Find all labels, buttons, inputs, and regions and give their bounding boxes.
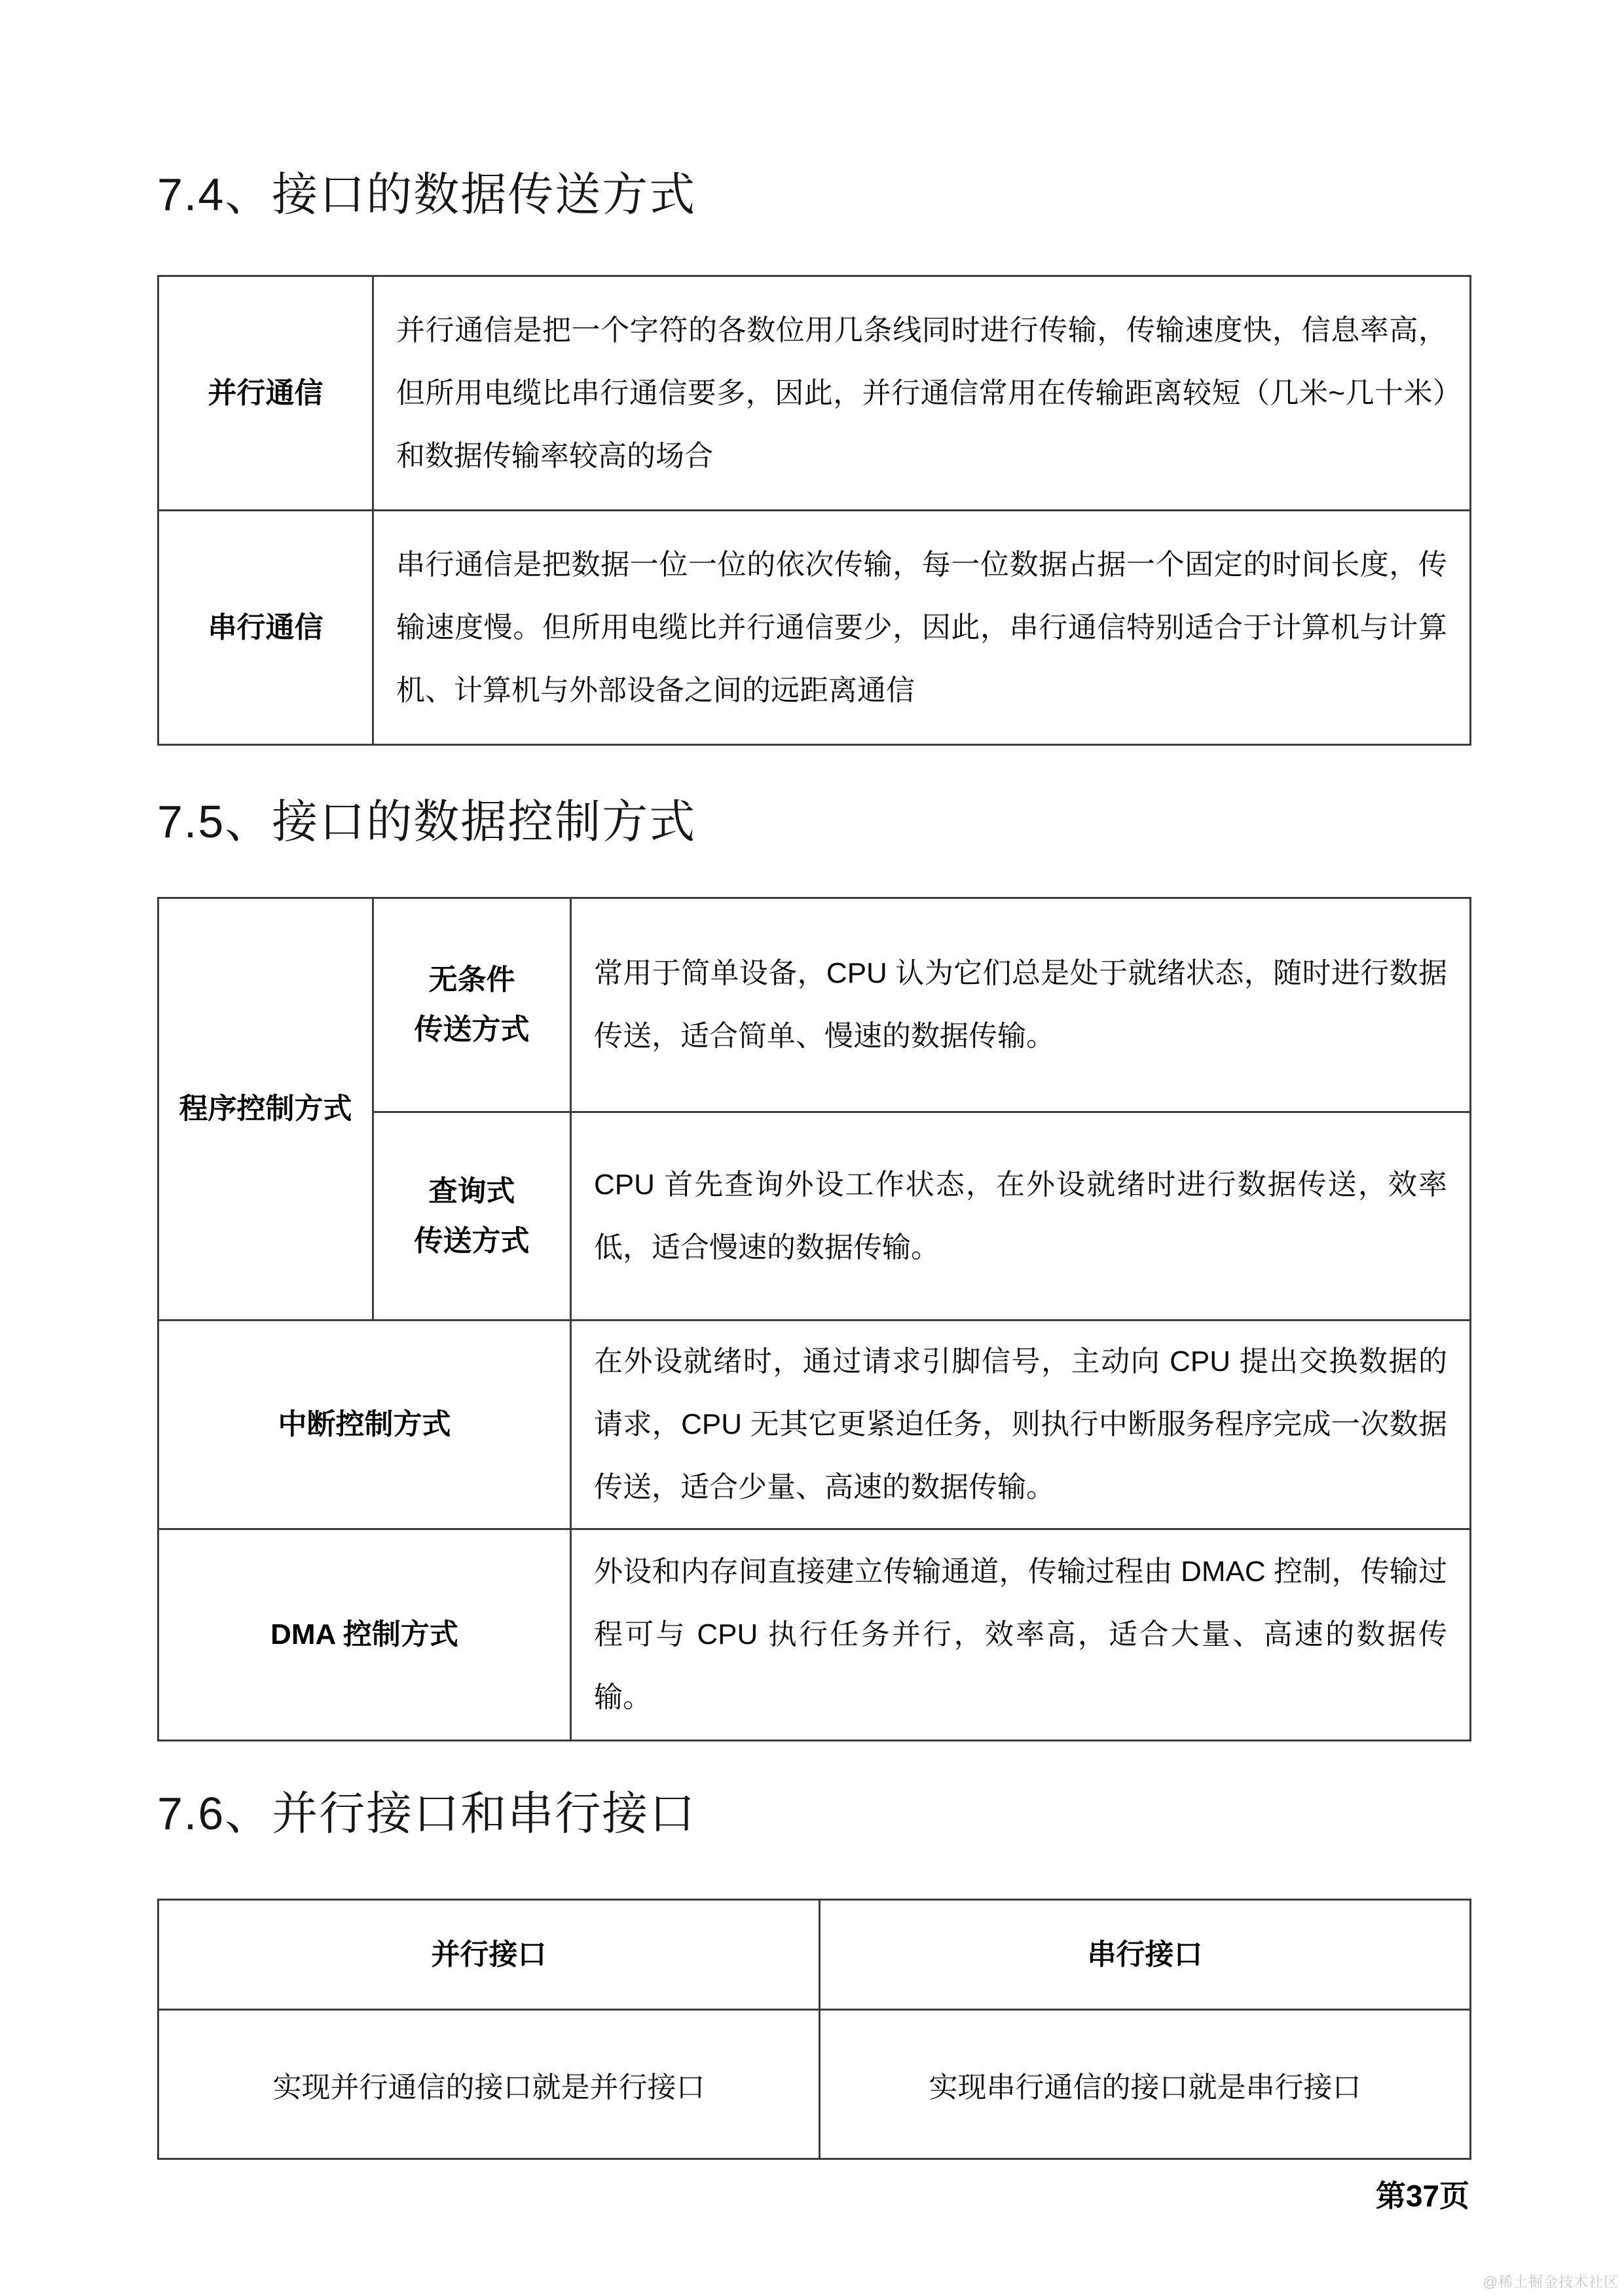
section-7-6-heading: 7.6、并行接口和串行接口 [157,1791,1469,1836]
query-transfer-desc: CPU 首先查询外设工作状态，在外设就绪时进行数据传送，效率低，适合慢速的数据传… [571,1112,1471,1321]
table-header-row: 并行接口 串行接口 [158,1900,1471,2010]
table-row-unconditional-transfer: 程序控制方式 无条件 传送方式 常用于简单设备，CPU 认为它们总是处于就绪状态… [158,898,1471,1112]
serial-interface-header: 串行接口 [820,1900,1471,2010]
section-7-5-heading: 7.5、接口的数据控制方式 [157,799,1469,845]
parallel-communication-desc: 并行通信是把一个字符的各数位用几条线同时进行传输，传输速度快，信息率高，但所用电… [373,276,1471,511]
unconditional-transfer-label-line2: 传送方式 [375,1005,569,1055]
table-row-interrupt-control: 中断控制方式 在外设就绪时，通过请求引脚信号，主动向 CPU 提出交换数据的请求… [158,1321,1471,1529]
data-transfer-table: 并行通信 并行通信是把一个字符的各数位用几条线同时进行传输，传输速度快，信息率高… [157,275,1471,746]
query-transfer-label: 查询式 传送方式 [373,1112,571,1321]
parallel-communication-label: 并行通信 [158,276,373,511]
content-area: 7.4、接口的数据传送方式 并行通信 并行通信是把一个字符的各数位用几条线同时进… [157,0,1469,2160]
document-page: 7.4、接口的数据传送方式 并行通信 并行通信是把一个字符的各数位用几条线同时进… [0,0,1624,2296]
watermark: @稀土掘金技术社区 [1483,2274,1619,2290]
table-row-parallel-communication: 并行通信 并行通信是把一个字符的各数位用几条线同时进行传输，传输速度快，信息率高… [158,276,1471,511]
parallel-interface-definition: 实现并行通信的接口就是并行接口 [158,2010,820,2159]
program-control-group-label: 程序控制方式 [158,898,373,1321]
serial-communication-desc: 串行通信是把数据一位一位的依次传输，每一位数据占据一个固定的时间长度，传输速度慢… [373,511,1471,745]
unconditional-transfer-label: 无条件 传送方式 [373,898,571,1112]
page-number: 第37页 [1376,2180,1469,2212]
dma-control-desc: 外设和内存间直接建立传输通道，传输过程由 DMAC 控制，传输过程可与 CPU … [571,1529,1471,1741]
interrupt-control-desc: 在外设就绪时，通过请求引脚信号，主动向 CPU 提出交换数据的请求，CPU 无其… [571,1321,1471,1529]
section-7-4-heading: 7.4、接口的数据传送方式 [157,172,1469,217]
table-row-dma-control: DMA 控制方式 外设和内存间直接建立传输通道，传输过程由 DMAC 控制，传输… [158,1529,1471,1741]
interface-comparison-table: 并行接口 串行接口 实现并行通信的接口就是并行接口 实现串行通信的接口就是串行接… [157,1899,1471,2160]
serial-communication-label: 串行通信 [158,511,373,745]
query-transfer-label-line1: 查询式 [375,1167,569,1216]
data-control-table: 程序控制方式 无条件 传送方式 常用于简单设备，CPU 认为它们总是处于就绪状态… [157,897,1471,1741]
query-transfer-label-line2: 传送方式 [375,1216,569,1266]
unconditional-transfer-label-line1: 无条件 [375,955,569,1005]
table-row-serial-communication: 串行通信 串行通信是把数据一位一位的依次传输，每一位数据占据一个固定的时间长度，… [158,511,1471,745]
unconditional-transfer-desc: 常用于简单设备，CPU 认为它们总是处于就绪状态，随时进行数据传送，适合简单、慢… [571,898,1471,1112]
interrupt-control-label: 中断控制方式 [158,1321,571,1529]
parallel-interface-header: 并行接口 [158,1900,820,2010]
table-body-row: 实现并行通信的接口就是并行接口 实现串行通信的接口就是串行接口 [158,2010,1471,2159]
dma-control-label: DMA 控制方式 [158,1529,571,1741]
serial-interface-definition: 实现串行通信的接口就是串行接口 [820,2010,1471,2159]
